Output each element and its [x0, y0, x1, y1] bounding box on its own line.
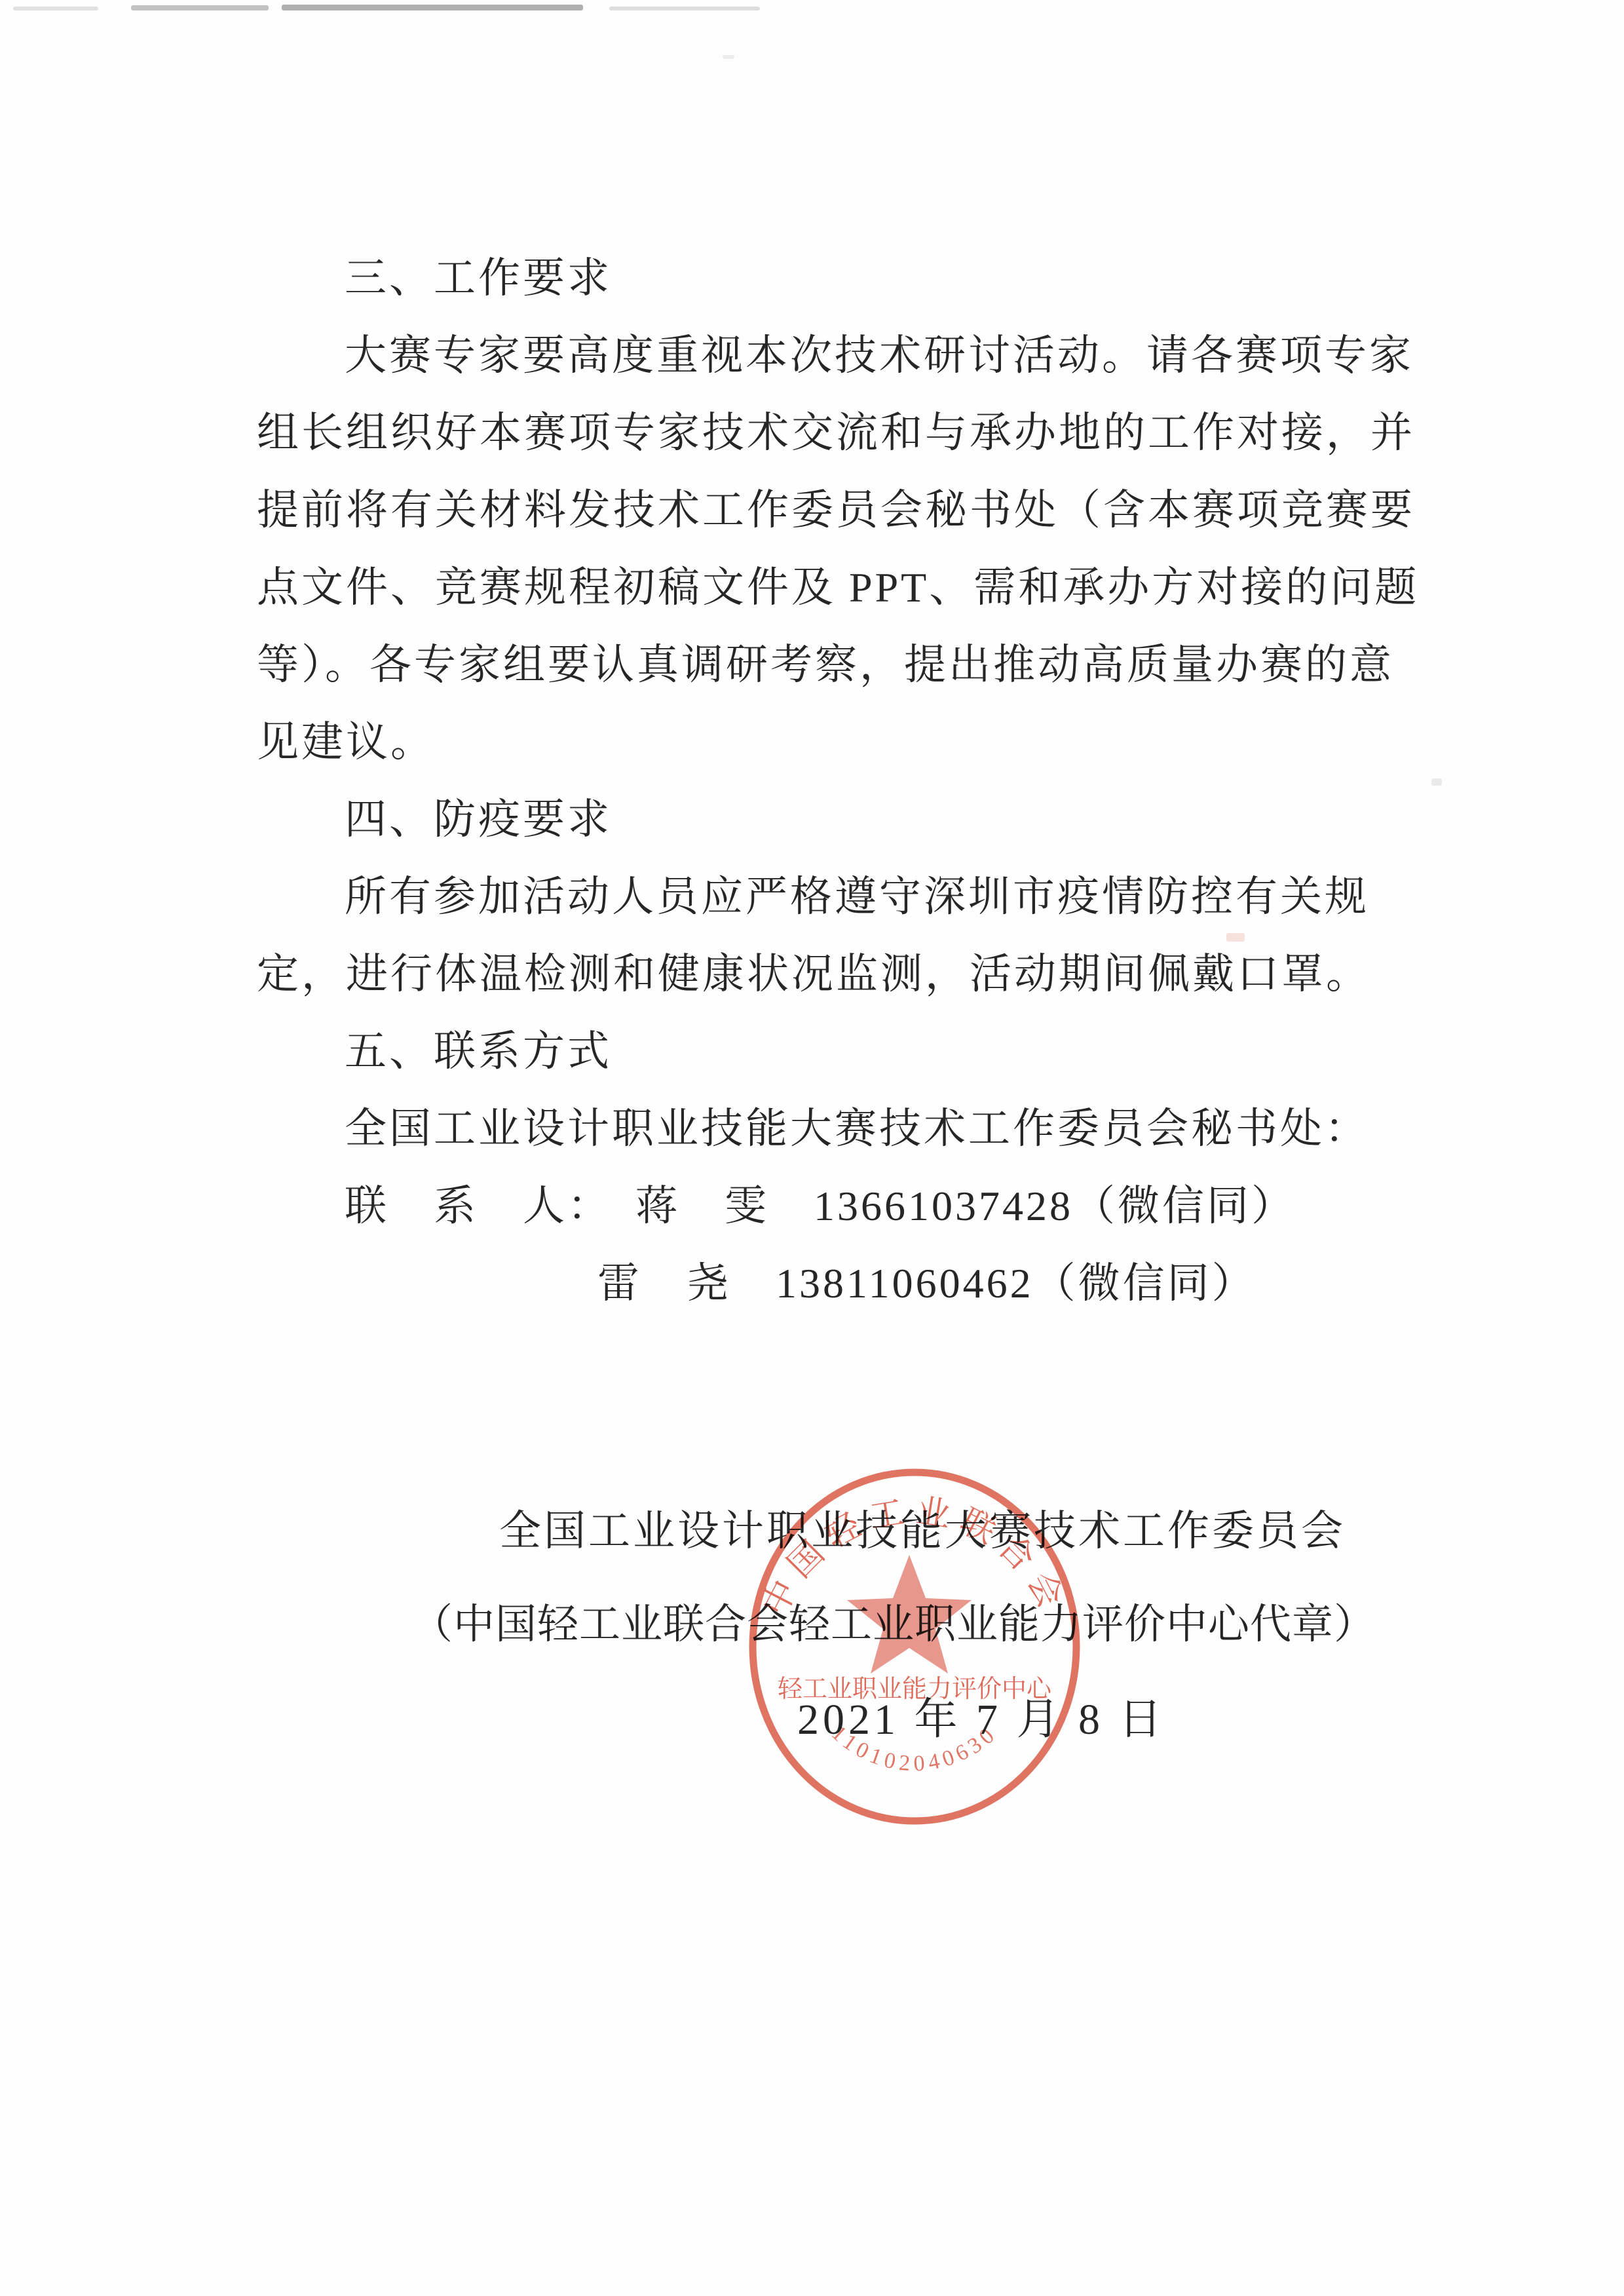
- document-page: 三、工作要求 大赛专家要高度重视本次技术研讨活动。请各赛项专家 组长组织好本赛项…: [0, 0, 1624, 2296]
- text-line: 等）。各专家组要认真调研考察，提出推动高质量办赛的意: [257, 626, 1385, 704]
- text-line: 组长组织好本赛项专家技术交流和与承办地的工作对接，并: [257, 394, 1385, 472]
- text-line: 见建议。: [257, 704, 1385, 781]
- text-line: 定，进行体温检测和健康状况监测，活动期间佩戴口罩。: [257, 936, 1385, 1013]
- text-line: 点文件、竞赛规程初稿文件及 PPT、需和承办方对接的问题: [257, 549, 1385, 626]
- scan-streak: [131, 5, 269, 10]
- text-line: 大赛专家要高度重视本次技术研讨活动。请各赛项专家: [257, 317, 1385, 394]
- contact-line-2: 雷 尧 13811060462（微信同）: [257, 1245, 1385, 1322]
- text-line: 所有参加活动人员应严格遵守深圳市疫情防控有关规: [257, 858, 1385, 936]
- text-line-heading-4: 四、防疫要求: [257, 781, 1385, 858]
- signature-date: 2021 年 7 月 8 日: [797, 1684, 1166, 1746]
- text-line-heading-5: 五、联系方式: [257, 1013, 1385, 1090]
- scan-streak: [13, 7, 98, 10]
- contact-line-1: 联 系 人： 蒋 雯 13661037428（微信同）: [257, 1168, 1385, 1245]
- signature-proxy: （中国轻工业联合会轻工业职业能力评价中心代章）: [411, 1591, 1376, 1651]
- text-line: 全国工业设计职业技能大赛技术工作委员会秘书处：: [257, 1090, 1385, 1168]
- text-line-heading-3: 三、工作要求: [257, 240, 1385, 317]
- scan-streak: [609, 7, 760, 10]
- document-body: 三、工作要求 大赛专家要高度重视本次技术研讨活动。请各赛项专家 组长组织好本赛项…: [257, 240, 1385, 1322]
- scan-speck: [1431, 778, 1442, 786]
- text-line: 提前将有关材料发技术工作委员会秘书处（含本赛项竞赛要: [257, 472, 1385, 549]
- signature-org: 全国工业设计职业技能大赛技术工作委员会: [499, 1497, 1346, 1558]
- scan-speck: [723, 55, 734, 59]
- scan-streak: [282, 5, 583, 10]
